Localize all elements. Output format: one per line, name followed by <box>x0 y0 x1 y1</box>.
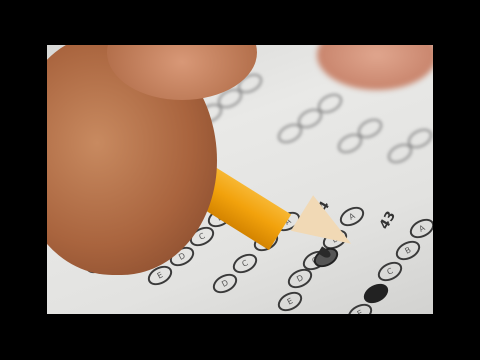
bubble-q44-d: D <box>210 270 241 297</box>
video-frame: C D E B C D E 44 A B C D E 43 A B C D A … <box>0 0 480 360</box>
bubble-col5-a: A <box>407 215 433 242</box>
bubble-q44-c: C <box>230 250 261 277</box>
bubble-col5-b: B <box>393 237 424 264</box>
blurred-finger <box>317 45 433 90</box>
bubble-q44-e: E <box>275 288 306 314</box>
question-number-43: 43 <box>377 209 399 232</box>
bubble-col5-c: C <box>375 258 406 285</box>
photo: C D E B C D E 44 A B C D E 43 A B C D A … <box>47 45 433 314</box>
